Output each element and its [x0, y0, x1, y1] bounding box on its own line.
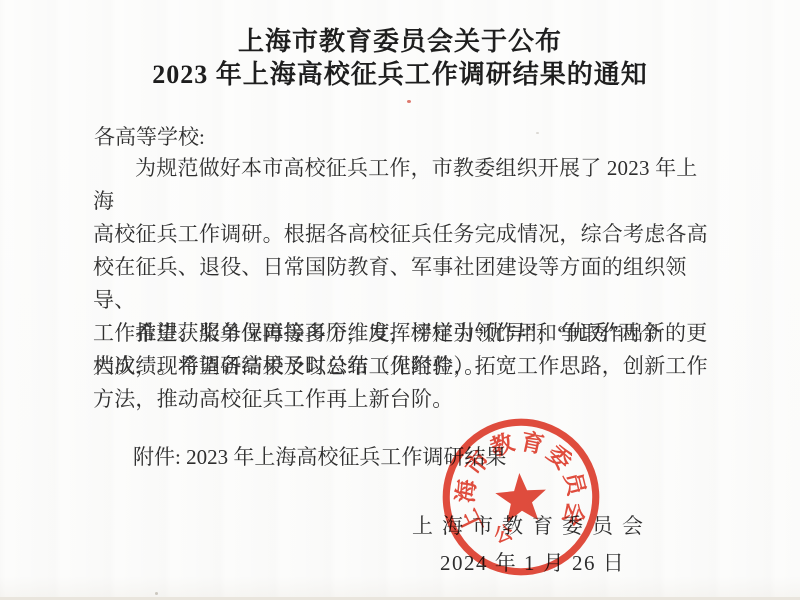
signature-issuer: 上海市教育委员会: [412, 510, 652, 540]
body-paragraph-2: 希望获奖单位再接再厉，发挥榜样引领作用，争取作出新的更 大成绩。希望各高校及时总…: [93, 317, 717, 416]
seal-arc-char: 委: [541, 441, 576, 476]
scan-artifact-dot: [155, 592, 158, 595]
seal-arc-char: 海: [452, 477, 481, 504]
attachment-line: 附件: 2023 年上海高校征兵工作调研结果: [133, 441, 506, 474]
scanned-notice-page: 上海市教育委员会关于公布 2023 年上海高校征兵工作调研结果的通知 各高等学校…: [0, 0, 800, 600]
document-title-line1: 上海市教育委员会关于公布: [0, 26, 800, 58]
scan-artifact-dot: [536, 132, 539, 134]
document-title-line2: 2023 年上海高校征兵工作调研结果的通知: [0, 59, 800, 91]
seal-arc-char: 员: [558, 469, 589, 500]
salutation: 各高等学校:: [94, 122, 205, 152]
signature-date: 2024 年 1 月 26 日: [440, 547, 625, 577]
seal-arc-char: 育: [518, 428, 546, 459]
scan-artifact-dot: [407, 100, 411, 103]
